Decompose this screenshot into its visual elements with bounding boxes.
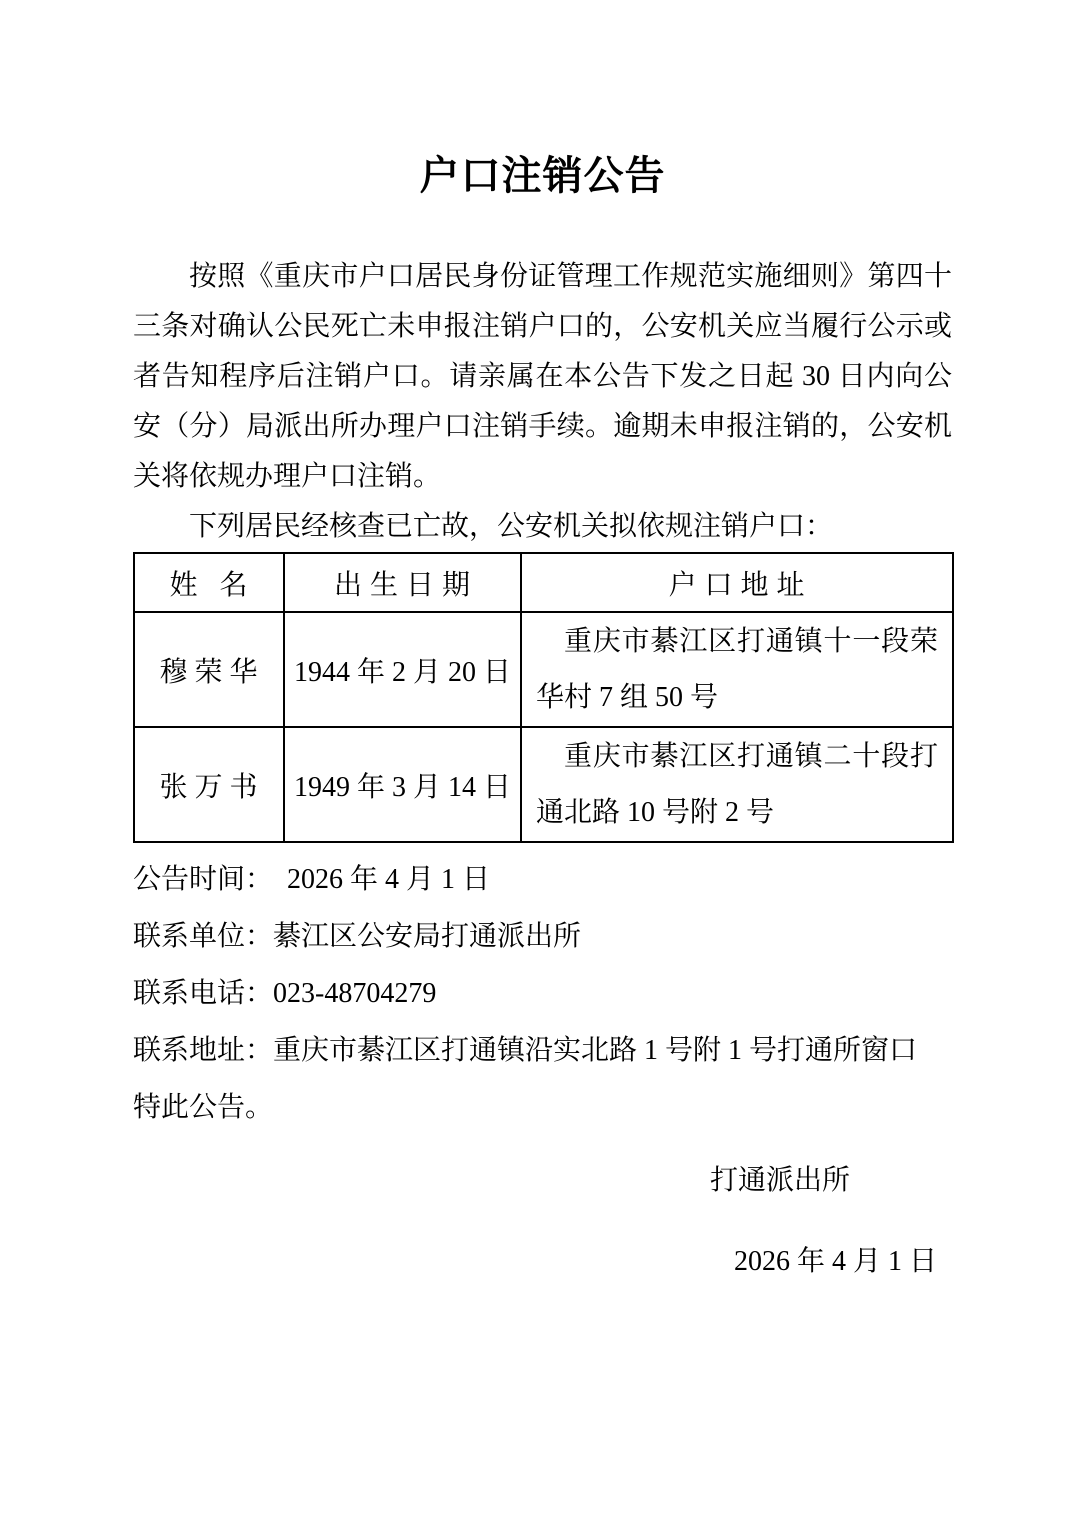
notice-document-page: 户口注销公告 按照《重庆市户口居民身份证管理工作规范实施细则》第四十三条对确认公… (0, 0, 1074, 1520)
resident-table: 姓名 出生日期 户口地址 穆荣华 1944 年 2 月 20 日 重庆市綦江区打… (133, 552, 954, 843)
column-header-birth-date: 出生日期 (284, 553, 521, 612)
contact-address-line: 联系地址：重庆市綦江区打通镇沿实北路 1 号附 1 号打通所窗口 (133, 1022, 952, 1079)
resident-address: 重庆市綦江区打通镇二十段打通北路 10 号附 2 号 (521, 727, 953, 842)
intro-paragraph: 按照《重庆市户口居民身份证管理工作规范实施细则》第四十三条对确认公民死亡未申报注… (133, 252, 952, 502)
table-row: 穆荣华 1944 年 2 月 20 日 重庆市綦江区打通镇十一段荣华村 7 组 … (134, 612, 953, 727)
resident-birth-date: 1949 年 3 月 14 日 (284, 727, 521, 842)
closing-line: 特此公告。 (133, 1079, 952, 1136)
signature-date: 2026 年 4 月 1 日 (133, 1233, 952, 1290)
signature-unit: 打通派出所 (133, 1152, 952, 1209)
notice-time-line: 公告时间： 2026 年 4 月 1 日 (133, 851, 952, 908)
resident-name: 穆荣华 (134, 612, 284, 727)
contact-phone-line: 联系电话：023-48704279 (133, 965, 952, 1022)
page-title: 户口注销公告 (133, 148, 952, 204)
resident-address: 重庆市綦江区打通镇十一段荣华村 7 组 50 号 (521, 612, 953, 727)
contact-unit-line: 联系单位：綦江区公安局打通派出所 (133, 908, 952, 965)
contact-info-block: 公告时间： 2026 年 4 月 1 日 联系单位：綦江区公安局打通派出所 联系… (133, 851, 952, 1136)
resident-name: 张万书 (134, 727, 284, 842)
column-header-household-address: 户口地址 (521, 553, 953, 612)
table-header-row: 姓名 出生日期 户口地址 (134, 553, 953, 612)
list-intro-paragraph: 下列居民经核查已亡故，公安机关拟依规注销户口： (133, 502, 952, 552)
column-header-name: 姓名 (134, 553, 284, 612)
table-row: 张万书 1949 年 3 月 14 日 重庆市綦江区打通镇二十段打通北路 10 … (134, 727, 953, 842)
resident-birth-date: 1944 年 2 月 20 日 (284, 612, 521, 727)
